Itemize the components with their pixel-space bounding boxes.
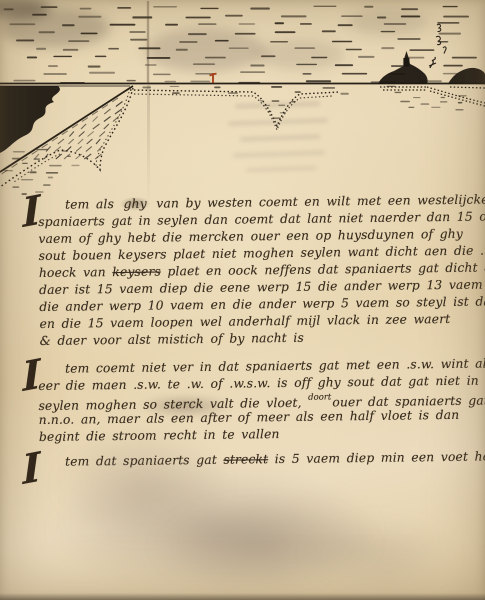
inserted-word: doort — [308, 392, 331, 402]
dune-hatch-stroke — [81, 124, 86, 129]
dune-hatch-stroke — [76, 147, 82, 152]
sea-dash — [294, 47, 315, 49]
sea-dash — [278, 105, 285, 106]
sea-dash — [340, 93, 348, 95]
sea-dash — [53, 56, 72, 57]
dune-hatch-stroke — [93, 117, 98, 122]
dune-hatch-stroke — [35, 154, 39, 159]
paper-stain — [45, 465, 385, 595]
sea-dash — [384, 23, 407, 25]
dune-hatch-stroke — [58, 139, 64, 144]
sea-dash — [272, 100, 280, 102]
sea-dash — [80, 8, 92, 10]
sea-dash — [71, 165, 79, 166]
sea-dash — [172, 92, 180, 94]
sea-dash — [179, 41, 197, 43]
dune-hatch-stroke — [88, 132, 94, 137]
sea-dash — [250, 8, 270, 10]
sea-dash — [27, 57, 37, 59]
sea-dash — [176, 49, 188, 51]
sea-dash — [338, 24, 353, 26]
sea-dash — [78, 16, 101, 18]
sea-dash — [36, 48, 46, 50]
dune-hatch-stroke — [79, 132, 85, 137]
sea-dash — [205, 57, 226, 59]
sea-dash — [332, 41, 353, 43]
sea-dash — [408, 107, 414, 108]
headland-base-dots — [380, 87, 427, 90]
sea-dash — [296, 64, 317, 65]
sea-dash — [153, 74, 171, 76]
sea-dash — [322, 30, 336, 32]
dune-hatch-stroke — [56, 154, 62, 159]
sea-dash — [381, 31, 395, 32]
sea-dash — [142, 87, 151, 89]
sea-dash — [240, 71, 265, 72]
sea-dash — [22, 163, 28, 164]
sea-dash — [443, 16, 469, 18]
sea-dash — [68, 40, 89, 42]
line-text: tem als — [65, 197, 121, 212]
line-text: is 5 vaem diep min een voet hoochwater — [268, 449, 485, 466]
sea-dash — [81, 33, 98, 35]
sea-dash — [235, 33, 256, 35]
sea-dash — [437, 22, 459, 24]
struck-word: keysers — [112, 265, 161, 280]
sea-dash — [46, 172, 58, 174]
sea-dash — [364, 6, 373, 8]
sea-dash — [153, 6, 177, 7]
sea-dash — [215, 40, 229, 42]
dune-hatch-stroke — [116, 102, 123, 107]
line-text: tem dat spaniaerts gat — [65, 453, 224, 469]
sea-dash — [95, 56, 107, 58]
sea-dash — [48, 177, 54, 179]
sea-dash — [377, 17, 386, 19]
sea-dash — [455, 109, 463, 110]
sea-dash — [458, 102, 463, 104]
sea-dash — [4, 8, 14, 10]
dune-hatch-stroke — [44, 154, 48, 159]
sea-dash — [63, 49, 79, 51]
sea-dash — [439, 33, 461, 35]
sea-dash — [397, 38, 420, 39]
sea-dash — [108, 48, 119, 50]
sea-dash — [132, 16, 152, 18]
sea-dash — [89, 72, 115, 74]
sea-dash — [381, 47, 394, 49]
bleedthrough-text-ghost — [228, 102, 328, 173]
smudged-word: ghy — [120, 197, 149, 211]
sea-dash — [346, 49, 362, 50]
sea-dash — [335, 64, 353, 66]
beacon-mark — [210, 73, 217, 83]
dune-hatch-stroke — [87, 139, 93, 144]
sea-dash — [275, 31, 296, 33]
annotation-glyphs — [436, 24, 446, 53]
sea-dash — [311, 57, 327, 58]
sea-dash — [400, 101, 410, 103]
sea-dash — [413, 97, 421, 98]
sea-dash — [452, 57, 477, 59]
dune-hatch-stroke — [93, 124, 100, 129]
sea-dash — [358, 56, 375, 58]
sea-dash — [401, 8, 418, 10]
sea-dash — [214, 87, 221, 89]
paragraph-3: I tem dat spaniaerts gat streckt is 5 va… — [38, 449, 485, 472]
ink-smudges — [0, 0, 428, 72]
sea-dash — [239, 23, 256, 24]
dune-hatch-stroke — [86, 147, 92, 152]
sea-dash — [200, 8, 218, 9]
right-headlands — [378, 24, 485, 106]
sea-dash — [261, 55, 276, 57]
sea-dash — [270, 41, 288, 43]
dune-hatch-stroke — [68, 139, 73, 144]
sea-dash — [300, 23, 312, 25]
sea-dash — [250, 65, 264, 67]
sea-dash — [62, 24, 75, 26]
sea-dash — [41, 6, 58, 8]
sea-dash — [117, 7, 131, 9]
dune-hatch-stroke — [104, 124, 109, 129]
sea-dash — [170, 86, 180, 87]
sea-dash — [341, 15, 363, 17]
tower-icon — [403, 58, 409, 66]
headland-slope-dots — [427, 87, 485, 106]
sea-dash — [275, 22, 284, 24]
sea-dash — [303, 73, 312, 74]
sea-dash — [443, 65, 463, 67]
sea-dash — [30, 171, 37, 173]
sea-dash — [13, 80, 35, 82]
sea-dash — [441, 97, 445, 98]
sea-dash — [225, 15, 243, 17]
dune-hatch-stroke — [99, 132, 105, 137]
sea-dash — [342, 73, 368, 75]
dune-dark-mass — [0, 86, 60, 153]
dune-hatch-stroke — [97, 147, 101, 152]
sea-dash — [110, 24, 136, 26]
initial-letter: I — [21, 190, 41, 234]
small-figure — [429, 57, 436, 68]
sea-dash — [49, 165, 62, 166]
left-dune — [0, 86, 133, 187]
sea-dash — [9, 23, 35, 25]
dune-hatch-stroke — [96, 139, 100, 144]
dune-hatch-stroke — [104, 109, 110, 114]
west-headland — [378, 51, 428, 84]
sea-dash — [443, 6, 458, 7]
sea-dash — [48, 65, 58, 67]
dune-hatch — [35, 102, 123, 160]
line-text: ouer dat spaniaerts gat — [332, 393, 485, 409]
sea-dash — [145, 64, 157, 65]
sea-dash — [165, 24, 178, 26]
sea-dash — [13, 151, 25, 152]
sea-dash — [88, 66, 101, 68]
sea-dash — [421, 103, 430, 105]
east-headland-base-dots — [450, 87, 485, 88]
manuscript-page: I tem als ghy van by westen coemt en wil… — [0, 0, 485, 600]
sea-dash — [165, 81, 177, 83]
sea-dash — [32, 14, 47, 16]
dune-hatch-stroke — [66, 147, 71, 152]
sea-dash — [440, 101, 448, 102]
paper-stain — [150, 498, 380, 593]
sea-dash — [229, 48, 249, 49]
sea-dash — [12, 186, 19, 188]
sea-dash — [138, 47, 160, 49]
sea-dash — [127, 80, 136, 81]
sea-dash — [198, 23, 216, 25]
sea-dash — [401, 16, 421, 18]
sea-dash — [395, 92, 402, 93]
sea-dash — [228, 93, 238, 94]
sea-dash — [147, 57, 171, 59]
sea-dash — [43, 73, 67, 75]
sea-dash — [39, 31, 55, 33]
page-bottom-edge — [0, 593, 485, 600]
line-text: plaet en oock neffens dat spaniaerts gat… — [161, 260, 485, 278]
sea-dash — [188, 33, 207, 35]
sea-dash — [193, 64, 215, 65]
sea-dash — [16, 40, 34, 42]
coastal-profile-drawing — [0, 0, 485, 200]
struck-word: streckt — [223, 452, 268, 467]
sea-dash — [295, 91, 301, 93]
manuscript-line: tem dat spaniaerts gat streckt is 5 vaem… — [38, 449, 485, 472]
sea-dash — [271, 86, 282, 88]
line-text: hoeck van — [39, 265, 113, 280]
sea-dash — [306, 80, 331, 82]
sea-dash — [409, 49, 434, 51]
sea-dash — [130, 39, 147, 41]
sea-dash — [281, 15, 307, 17]
dune-hatch-stroke — [69, 132, 74, 137]
sea-dash — [190, 81, 210, 83]
initial-letter: I — [21, 447, 41, 491]
sea-dash — [185, 17, 210, 19]
dune-hatch-stroke — [104, 117, 111, 122]
sea-dash — [37, 149, 49, 150]
dune-hatch-stroke — [78, 139, 83, 144]
sea-dash — [129, 31, 145, 33]
sea-dash — [323, 87, 336, 88]
paragraph-2: I tem coemt niet ver in dat spaniaerts g… — [38, 356, 485, 446]
paper-stain — [300, 515, 460, 595]
sea-dash — [21, 179, 33, 180]
sea-dash — [431, 107, 440, 108]
initial-letter: I — [21, 354, 41, 398]
east-headland — [448, 68, 485, 84]
dune-hatch-stroke — [95, 154, 101, 159]
sea-dash — [313, 6, 336, 7]
paragraph-1: I tem als ghy van by westen coemt en wil… — [38, 192, 485, 351]
sea-dash — [43, 184, 51, 186]
